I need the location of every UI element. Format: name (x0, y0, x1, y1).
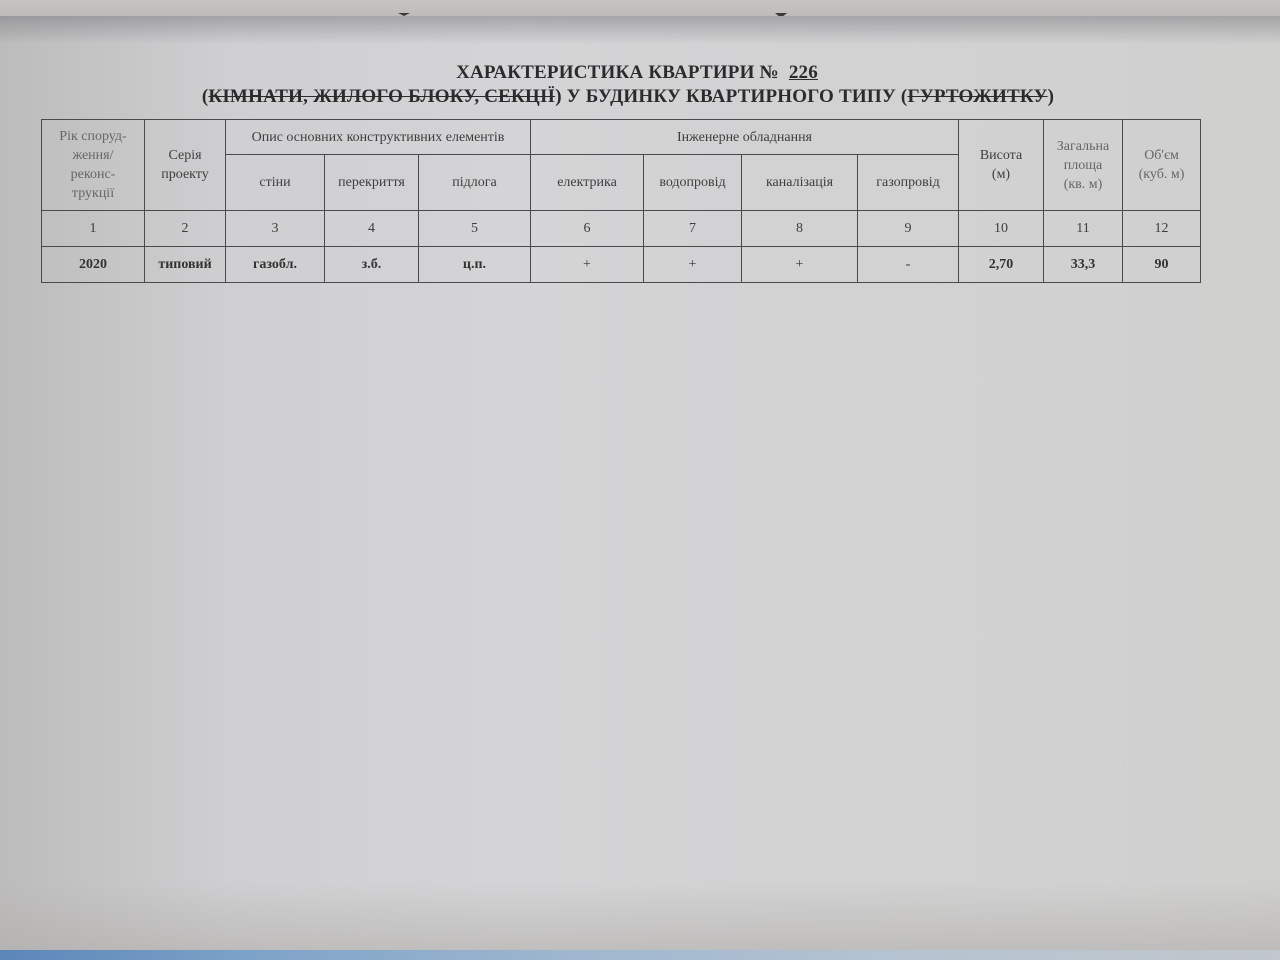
cell-ceilings: з.б. (325, 247, 419, 283)
cell-volume: 90 (1123, 247, 1201, 283)
header-line: Об'єм (1123, 146, 1200, 165)
header-row-1: Рік споруд- ження/ реконс- трукції Серія… (42, 120, 1201, 155)
title-prefix: ХАРАКТЕРИСТИКА КВАРТИРИ № (456, 62, 779, 83)
document-subtitle: (КІМНАТИ, ЖИЛОГО БЛОКУ, СЕКЦІЇ) У БУДИНК… (0, 86, 1268, 108)
cell-series: типовий (145, 247, 226, 283)
header-line: (кв. м) (1044, 175, 1122, 194)
background-surface (0, 0, 1280, 16)
cell-electricity: + (531, 247, 644, 283)
header-series: Серія проекту (145, 120, 226, 211)
background-surface-bottom (0, 950, 1280, 960)
column-number: 7 (644, 211, 742, 247)
header-line: площа (1044, 156, 1122, 175)
header-total-area: Загальна площа (кв. м) (1044, 120, 1123, 211)
column-number: 9 (858, 211, 959, 247)
header-water: водопровід (644, 155, 742, 211)
header-line: трукції (42, 184, 144, 203)
header-structural-group: Опис основних конструктивних елементів (226, 120, 531, 155)
header-line: реконс- (42, 165, 144, 184)
table-row: 2020 типовий газобл. з.б. ц.п. + + + - 2… (42, 247, 1201, 283)
subtitle-middle: ) У БУДИНКУ КВАРТИРНОГО ТИПУ ( (555, 86, 907, 107)
cell-total-area: 33,3 (1044, 247, 1123, 283)
header-year: Рік споруд- ження/ реконс- трукції (42, 120, 145, 211)
document-title: ХАРАКТЕРИСТИКА КВАРТИРИ №226 (0, 62, 1280, 84)
header-line: проекту (145, 165, 225, 184)
column-number: 8 (742, 211, 858, 247)
cell-height: 2,70 (959, 247, 1044, 283)
header-line: Рік споруд- (42, 127, 144, 146)
column-number: 10 (959, 211, 1044, 247)
header-engineering-group: Інженерне обладнання (531, 120, 959, 155)
header-line: Серія (145, 146, 225, 165)
apartment-characteristics-table: Рік споруд- ження/ реконс- трукції Серія… (41, 119, 1201, 283)
header-line: ження/ (42, 146, 144, 165)
column-numbers-row: 1 2 3 4 5 6 7 8 9 10 11 12 (42, 211, 1201, 247)
cell-water: + (644, 247, 742, 283)
header-floor: підлога (419, 155, 531, 211)
column-number: 12 (1123, 211, 1201, 247)
cell-walls: газобл. (226, 247, 325, 283)
column-number: 3 (226, 211, 325, 247)
struck-option-dormitory: ГУРТОЖИТКУ (907, 86, 1047, 107)
paren: ) (1048, 86, 1055, 107)
column-number: 4 (325, 211, 419, 247)
cell-floor: ц.п. (419, 247, 531, 283)
header-electricity: електрика (531, 155, 644, 211)
apartment-number: 226 (783, 62, 824, 84)
column-number: 2 (145, 211, 226, 247)
header-ceilings: перекриття (325, 155, 419, 211)
header-line: Загальна (1044, 137, 1122, 156)
struck-options: КІМНАТИ, ЖИЛОГО БЛОКУ, СЕКЦІЇ (208, 86, 555, 107)
cell-sewerage: + (742, 247, 858, 283)
header-walls: стіни (226, 155, 325, 211)
column-number: 1 (42, 211, 145, 247)
header-line: (м) (959, 165, 1043, 184)
cell-gas: - (858, 247, 959, 283)
header-volume: Об'єм (куб. м) (1123, 120, 1201, 211)
header-line: Висота (959, 146, 1043, 165)
header-line: (куб. м) (1123, 165, 1200, 184)
column-number: 11 (1044, 211, 1123, 247)
column-number: 5 (419, 211, 531, 247)
header-gas: газопровід (858, 155, 959, 211)
column-number: 6 (531, 211, 644, 247)
header-height: Висота (м) (959, 120, 1044, 211)
header-sewerage: каналізація (742, 155, 858, 211)
cell-year: 2020 (42, 247, 145, 283)
